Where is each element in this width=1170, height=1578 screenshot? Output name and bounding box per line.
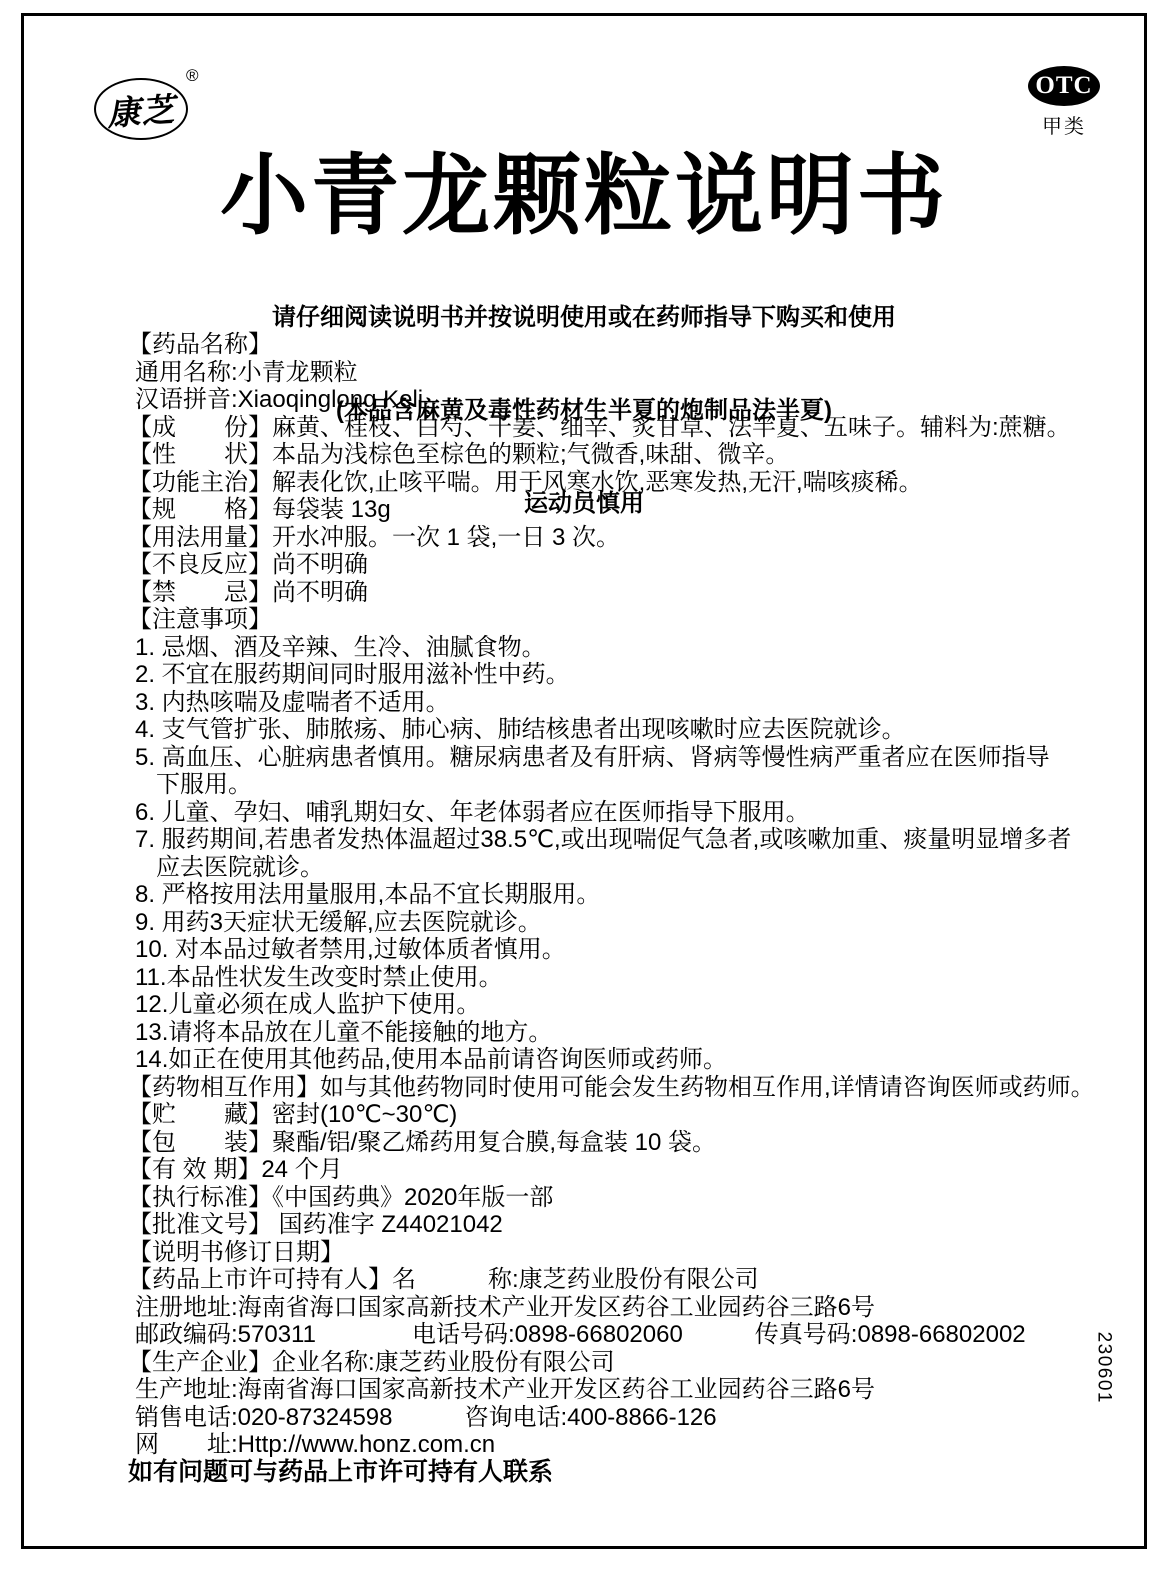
line-precaution-9: 9. 用药3天症状无缓解,应去医院就诊。 [128, 909, 1116, 937]
line-precaution-5: 5. 高血压、心脏病患者慎用。糖尿病患者及有肝病、肾病等慢性病严重者应在医师指导 [128, 744, 1116, 772]
line-precaution-12: 12.儿童必须在成人监护下使用。 [128, 991, 1116, 1019]
line-precaution-4: 4. 支气管扩张、肺脓疡、肺心病、肺结核患者出现咳嗽时应去医院就诊。 [128, 716, 1116, 744]
line-precaution-7: 7. 服药期间,若患者发热体温超过38.5℃,或出现喘促气急者,或咳嗽加重、痰量… [128, 826, 1116, 854]
line-specification: 【规 格】每袋装 13g [128, 496, 1116, 524]
leaflet-body: 【药品名称】 通用名称:小青龙颗粒 汉语拼音:Xiaoqinglong Keli… [128, 331, 1116, 1486]
line-precaution-13: 13.请将本品放在儿童不能接触的地方。 [128, 1019, 1116, 1047]
otc-oval-icon: OTC [1028, 66, 1100, 106]
line-precaution-6: 6. 儿童、孕妇、哺乳期妇女、年老体弱者应在医师指导下服用。 [128, 799, 1116, 827]
line-precautions-header: 【注意事项】 [128, 606, 1116, 634]
line-manufacturer: 【生产企业】企业名称:康芝药业股份有限公司 [128, 1349, 1116, 1377]
line-standard: 【执行标准】《中国药典》2020年版一部 [128, 1184, 1116, 1212]
line-precaution-8: 8. 严格按用法用量服用,本品不宜长期服用。 [128, 881, 1116, 909]
line-precaution-14: 14.如正在使用其他药品,使用本品前请咨询医师或药师。 [128, 1046, 1116, 1074]
line-precaution-7-cont: 应去医院就诊。 [128, 854, 1116, 882]
leaflet-page: 康芝 ® OTC 甲类 小青龙颗粒说明书 请仔细阅读说明书并按说明使用或在药师指… [0, 0, 1170, 1578]
line-storage: 【贮 藏】密封(10℃~30℃) [128, 1101, 1116, 1129]
leaflet-border-frame: 康芝 ® OTC 甲类 小青龙颗粒说明书 请仔细阅读说明书并按说明使用或在药师指… [21, 13, 1147, 1549]
line-ingredients: 【成 份】麻黄、桂枝、白芍、干姜、细辛、炙甘草、法半夏、五味子。辅料为:蔗糖。 [128, 414, 1116, 442]
otc-label: OTC [1035, 72, 1092, 100]
line-dosage: 【用法用量】开水冲服。一次 1 袋,一日 3 次。 [128, 524, 1116, 552]
subtitle-line-read-carefully: 请仔细阅读说明书并按说明使用或在药师指导下购买和使用 [24, 302, 1144, 333]
line-packaging: 【包 装】聚酯/铝/聚乙烯药用复合膜,每盒装 10 袋。 [128, 1129, 1116, 1157]
line-generic-name: 通用名称:小青龙颗粒 [128, 359, 1116, 387]
page-title: 小青龙颗粒说明书 [24, 126, 1144, 252]
line-sales-phone: 销售电话:020-87324598 咨询电话:400-8866-126 [128, 1404, 1116, 1432]
line-precaution-2: 2. 不宜在服药期间同时服用滋补性中药。 [128, 661, 1116, 689]
line-precaution-10: 10. 对本品过敏者禁用,过敏体质者慎用。 [128, 936, 1116, 964]
line-postcode-phone-fax: 邮政编码:570311 电话号码:0898-66802060 传真号码:0898… [128, 1321, 1116, 1349]
revision-code: 230601 [1092, 1332, 1114, 1404]
line-precaution-1: 1. 忌烟、酒及辛辣、生冷、油腻食物。 [128, 634, 1116, 662]
line-adverse-reactions: 【不良反应】尚不明确 [128, 551, 1116, 579]
line-precaution-5-cont: 下服用。 [128, 771, 1116, 799]
line-contact-note: 如有问题可与药品上市许可持有人联系 [128, 1459, 1116, 1487]
line-production-address: 生产地址:海南省海口国家高新技术产业开发区药谷工业园药谷三路6号 [128, 1376, 1116, 1404]
line-website: 网 址:Http://www.honz.com.cn [128, 1431, 1116, 1459]
line-revision-date-header: 【说明书修订日期】 [128, 1239, 1116, 1267]
line-contraindications: 【禁 忌】尚不明确 [128, 579, 1116, 607]
line-precaution-3: 3. 内热咳喘及虚喘者不适用。 [128, 689, 1116, 717]
line-drug-name-header: 【药品名称】 [128, 331, 1116, 359]
line-precaution-11: 11.本品性状发生改变时禁止使用。 [128, 964, 1116, 992]
line-description: 【性 状】本品为浅棕色至棕色的颗粒;气微香,味甜、微辛。 [128, 441, 1116, 469]
line-approval-number: 【批准文号】 国药准字 Z44021042 [128, 1211, 1116, 1239]
registered-trademark-icon: ® [186, 66, 199, 86]
line-pinyin: 汉语拼音:Xiaoqinglong Keli [128, 386, 1116, 414]
line-indications: 【功能主治】解表化饮,止咳平喘。用于风寒水饮,恶寒发热,无汗,喘咳痰稀。 [128, 469, 1116, 497]
line-registered-address: 注册地址:海南省海口国家高新技术产业开发区药谷工业园药谷三路6号 [128, 1294, 1116, 1322]
line-drug-interactions: 【药物相互作用】如与其他药物同时使用可能会发生药物相互作用,详情请咨询医师或药师… [128, 1074, 1116, 1102]
line-license-holder: 【药品上市许可持有人】名 称:康芝药业股份有限公司 [128, 1266, 1116, 1294]
line-shelf-life: 【有 效 期】24 个月 [128, 1156, 1116, 1184]
